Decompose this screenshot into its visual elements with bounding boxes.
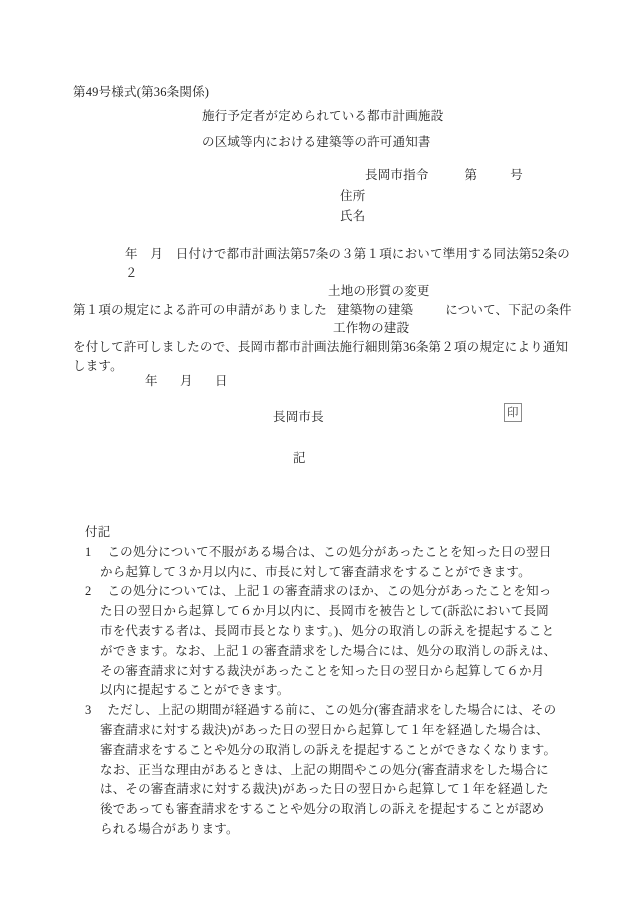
appendix-item-3-text: ただし、上記の期間が経過する前に、この処分(審査請求をした場合には、その審査請求… [100,703,556,836]
appendix-item-2-text: この処分については、上記１の審査請求のほか、この処分があったことを知った日の翌日… [100,584,556,697]
directive-authority: 長岡市指令 [365,168,429,182]
directive-number-prefix: 第 [465,168,478,182]
appendix-section: 付記 1この処分について不服がある場合は、この処分があったことを知った日の翌日か… [85,523,557,840]
appendix-item-1-number: 1 [85,545,91,559]
document-title: 施行予定者が定められている都市計画施設 の区域等内における建築等の許可通知書 [202,104,443,155]
recipient-address-label: 住所 [340,186,365,204]
seal-stamp: 印 [504,403,522,422]
notification-body: 年 月 日付けで都市計画法第57条の３第１項において準用する同法第52条の２ 土… [73,245,578,375]
appendix-item-2-number: 2 [85,584,91,598]
body-line-date-law: 年 月 日付けで都市計画法第57条の３第１項において準用する同法第52条の２ [73,245,578,282]
directive-number-line: 長岡市指令第号 [365,165,523,183]
directive-number-suffix: 号 [510,168,523,182]
act-option-structure-construction: 工作物の建設 [73,319,578,338]
mayor-signature-title: 長岡市長 [273,407,324,425]
appendix-item-1-text: この処分について不服がある場合は、この処分があったことを知った日の翌日から起算し… [100,545,552,579]
directive-number-blank [429,178,465,179]
document-title-line-2: の区域等内における建築等の許可通知書 [202,130,443,156]
appendix-heading: 付記 [85,523,557,543]
record-marker: 記 [293,448,306,466]
body-line-application-right: について、下記の条件 [445,303,572,317]
document-title-line-1: 施行予定者が定められている都市計画施設 [202,104,443,130]
form-number: 第49号様式(第36条関係) [73,82,209,100]
permit-notification-document: 第49号様式(第36条関係) 施行予定者が定められている都市計画施設 の区域等内… [0,0,630,903]
issue-date-line: 年 月 日 [145,371,233,389]
act-option-land-alteration: 土地の形質の変更 [73,282,578,301]
body-line-permission: を付して許可しましたので、長岡市都市計画法施行細則第36条第２項の規定により通知 [73,338,578,357]
directive-number-blank-2 [477,178,510,179]
body-line-application: 第１項の規定による許可の申請がありました建築物の建築について、下記の条件 [73,301,578,320]
body-gap [327,313,337,314]
appendix-item-1: 1この処分について不服がある場合は、この処分があったことを知った日の翌日から起算… [85,543,557,583]
recipient-name-label: 氏名 [340,206,365,224]
appendix-item-3-number: 3 [85,703,91,717]
appendix-item-2: 2この処分については、上記１の審査請求のほか、この処分があったことを知った日の翌… [85,582,557,701]
act-option-building-construction: 建築物の建築 [337,303,413,317]
body-gap-2 [413,313,445,314]
body-line-application-left: 第１項の規定による許可の申請がありました [73,303,327,317]
appendix-item-3: 3ただし、上記の期間が経過する前に、この処分(審査請求をした場合には、その審査請… [85,701,557,840]
